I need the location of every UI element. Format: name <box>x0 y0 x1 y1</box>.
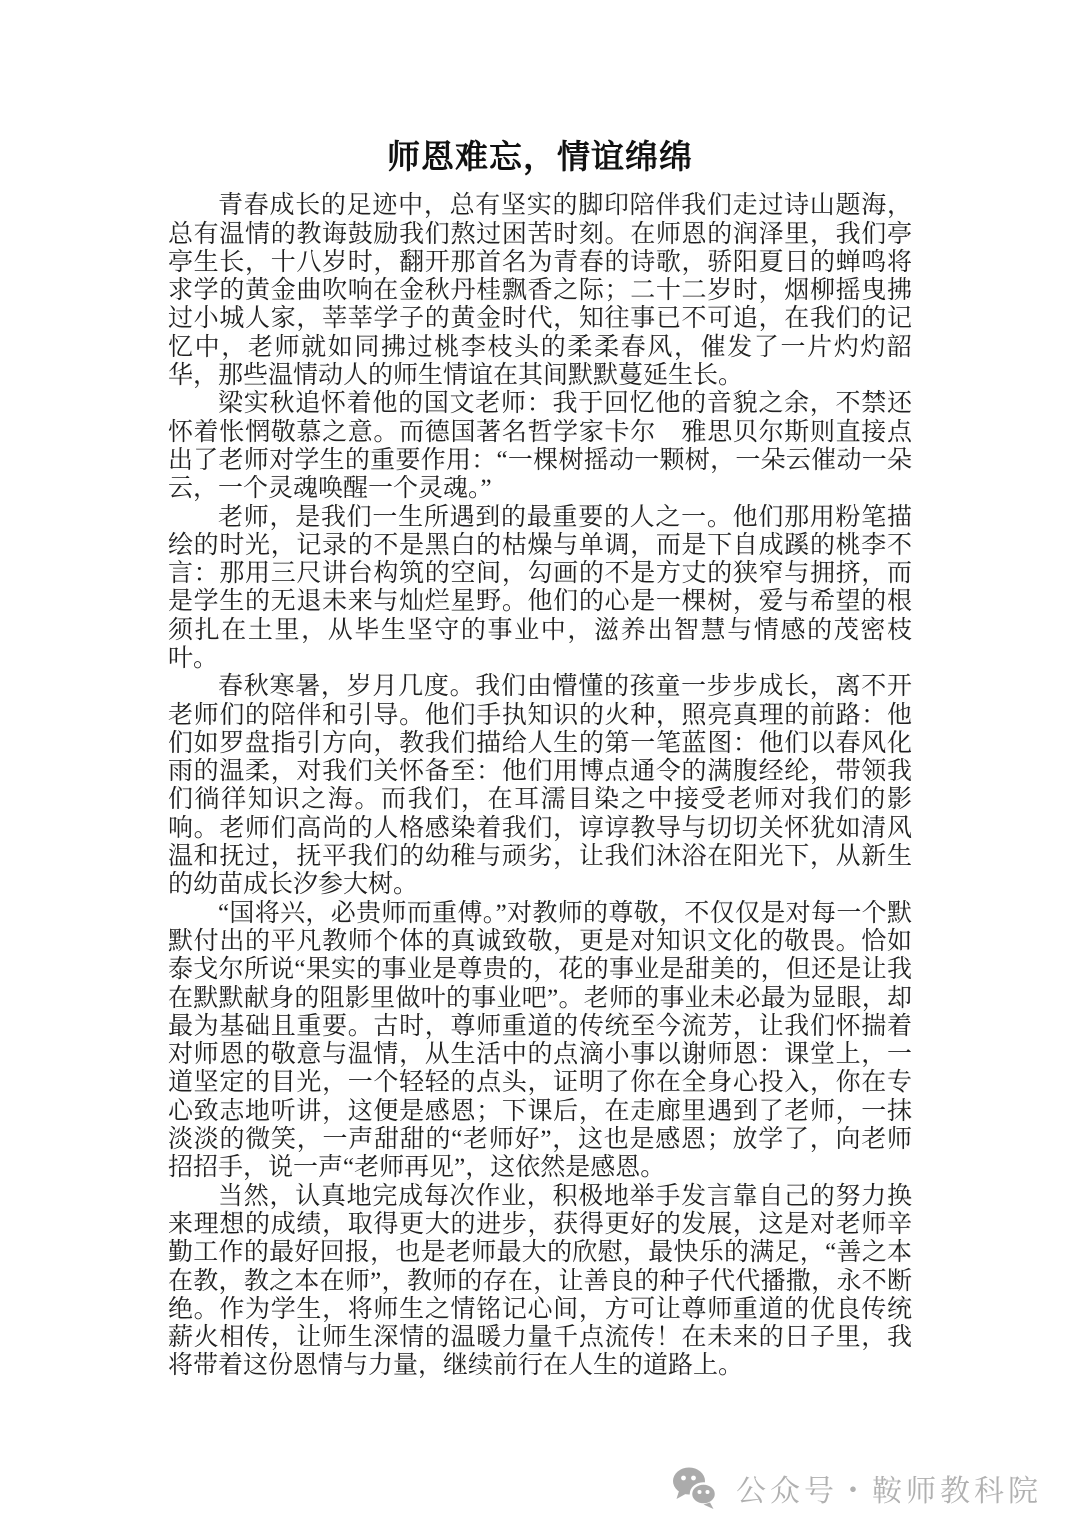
essay-paragraph-3: 老师，是我们一生所遇到的最重要的人之一。他们那用粉笔描绘的时光，记录的不是黑白的… <box>168 504 912 674</box>
wechat-logo-icon <box>672 1465 718 1511</box>
essay-document: 师恩难忘，情谊绵绵 青春成长的足迹中，总有坚实的脚印陪伴我们走过诗山题海，总有温… <box>168 136 912 1381</box>
essay-paragraph-1: 青春成长的足迹中，总有坚实的脚印陪伴我们走过诗山题海，总有温情的教诲鼓励我们熬过… <box>168 192 912 390</box>
essay-body: 青春成长的足迹中，总有坚实的脚印陪伴我们走过诗山题海，总有温情的教诲鼓励我们熬过… <box>168 192 912 1380</box>
essay-paragraph-5: “国将兴，必贵师而重傅。”对教师的尊敬，不仅仅是对每一个默默付出的平凡教师个体的… <box>168 900 912 1183</box>
essay-paragraph-6: 当然，认真地完成每次作业，积极地举手发言靠自己的努力换来理想的成绩，取得更大的进… <box>168 1183 912 1381</box>
essay-title: 师恩难忘，情谊绵绵 <box>168 136 912 177</box>
wechat-watermark: 公众号・鞍师教科院 <box>672 1465 1042 1511</box>
watermark-label: 公众号・鞍师教科院 <box>736 1466 1042 1510</box>
essay-paragraph-4: 春秋寒暑，岁月几度。我们由懵懂的孩童一步步成长，离不开老师们的陪伴和引导。他们手… <box>168 673 912 899</box>
essay-paragraph-2: 梁实秋追怀着他的国文老师：我于回忆他的音貌之余，不禁还怀着怅惘敬慕之意。而德国著… <box>168 390 912 503</box>
document-page: 师恩难忘，情谊绵绵 青春成长的足迹中，总有坚实的脚印陪伴我们走过诗山题海，总有温… <box>0 0 1080 1529</box>
